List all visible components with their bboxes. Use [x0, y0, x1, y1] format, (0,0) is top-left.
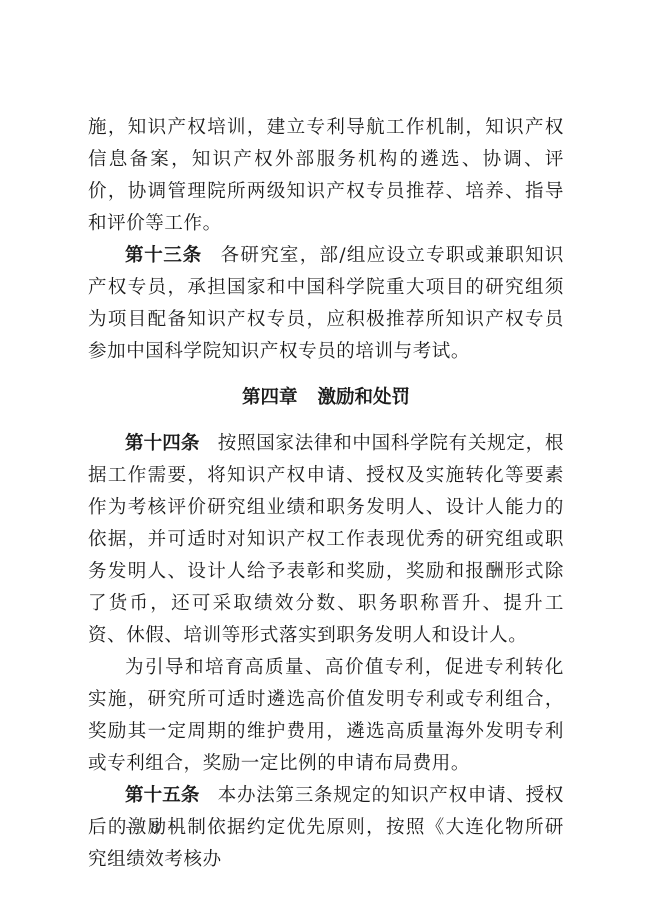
article-14-text: 按照国家法律和中国科学院有关规定，根据工作需要，将知识产权申请、授权及实施转化等… — [88, 433, 564, 646]
article-15-label: 第十五条 — [125, 785, 200, 806]
document-page: 施，知识产权培训，建立专利导航工作机制，知识产权信息备案，知识产权外部服务机构的… — [88, 112, 564, 876]
dash-left — [126, 827, 142, 828]
continuation-paragraph: 施，知识产权培训，建立专利导航工作机制，知识产权信息备案，知识产权外部服务机构的… — [88, 112, 564, 240]
chapter-title: 第四章激励和处罚 — [88, 382, 564, 414]
page-number-value: 8 — [150, 818, 160, 837]
page-number: 8 — [126, 818, 184, 837]
dash-right — [168, 827, 184, 828]
article-13-label: 第十三条 — [125, 245, 202, 266]
article-14-label: 第十四条 — [125, 433, 200, 454]
chapter-name: 激励和处罚 — [318, 387, 411, 408]
chapter-number: 第四章 — [242, 387, 298, 408]
article-14: 第十四条按照国家法律和中国科学院有关规定，根据工作需要，将知识产权申请、授权及实… — [88, 428, 564, 652]
article-13: 第十三条各研究室，部/组应设立专职或兼职知识产权专员，承担国家和中国科学院重大项… — [88, 240, 564, 368]
article-14-paragraph-2: 为引导和培育高质量、高价值专利，促进专利转化实施，研究所可适时遴选高价值发明专利… — [88, 652, 564, 780]
